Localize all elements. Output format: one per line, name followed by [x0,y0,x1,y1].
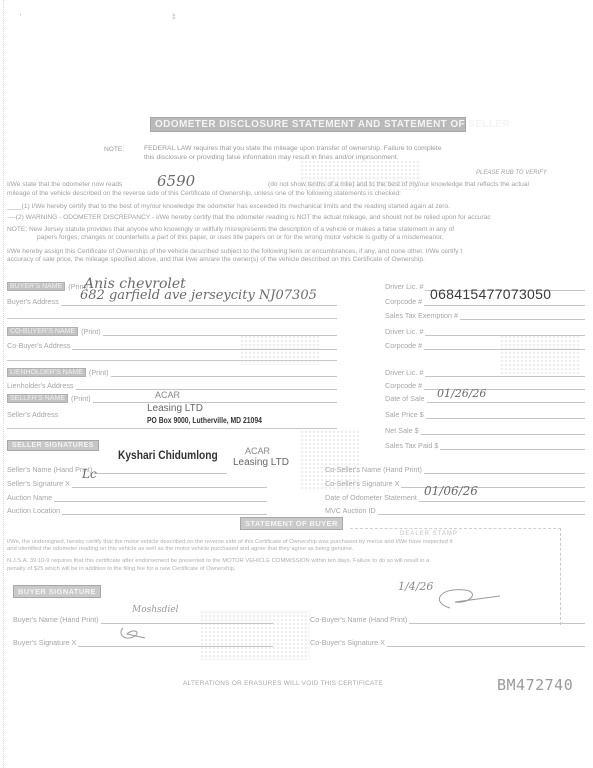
seller-signatures-banner: SELLER SIGNATURES [7,440,99,451]
buyer-corpcode-label: Corpcode # [385,297,422,306]
statement-of-buyer-text-3: N.J.S.A. 39:10-9 requires that this cert… [7,557,429,565]
seller-signature-value[interactable]: Lc [82,467,97,481]
seller-signer-name[interactable]: Kyshari Chidumlong [118,448,218,462]
sales-tax-paid-field[interactable]: Sales Tax Paid $ [385,441,585,450]
alterations-warning: ALTERATIONS OR ERASURES WILL VOID THIS C… [183,680,383,687]
co-buyer-address-line-2[interactable] [7,360,337,361]
buyer-signature-banner: BUYER SIGNATURE [13,585,101,598]
odometer-line-2: mileage of the vehicle described on the … [7,190,401,198]
co-buyer-signature-label: Co-Buyer's Signature X [310,638,385,647]
sale-price-field[interactable]: Sale Price $ [385,410,585,419]
lienholder-address-field[interactable]: Lienholder's Address [7,381,337,390]
lienholder-driver-lic-label: Driver Lic. # [385,368,423,377]
nj-statute-note-2: papers forges, changes or counterfeits a… [37,234,443,242]
lienholder-name-field[interactable]: LIENHOLDER'S NAME (Print) [7,368,337,377]
co-buyer-hand-print-field[interactable]: Co-Buyer's Name (Hand Print) [310,615,585,624]
co-buyer-driver-lic-field[interactable]: Driver Lic. # [385,327,585,336]
assign-text-1: I/We hereby assign this Certificate of O… [7,248,462,256]
scan-edge [3,0,6,768]
buyer-address-line-2[interactable] [7,318,337,319]
lienholder-address-label: Lienholder's Address [7,381,74,390]
odometer-prefix: I/We state that the odometer now reads [7,181,122,189]
seller-address-value[interactable]: PO Box 9000, Lutherville, MD 21094 [147,416,262,425]
auction-location-field[interactable]: Auction Location [7,506,267,515]
seller-hand-print-label: Seller's Name (Hand Print) [7,465,92,474]
sales-tax-exemption-label: Sales Tax Exemption # [385,311,458,320]
seller-sig-stamp-leasing: Leasing LTD [233,457,289,468]
net-sale-field[interactable]: Net Sale $ [385,426,585,435]
sales-tax-paid-label: Sales Tax Paid $ [385,441,438,450]
odometer-statement-date-label: Date of Odometer Statement [325,493,417,502]
mvc-auction-id-label: MVC Auction ID [325,506,376,515]
seller-hand-print-field[interactable]: Seller's Name (Hand Print) [7,465,227,474]
co-seller-signature-label: Co-Seller's Signature X [325,479,399,488]
nj-statute-note-1: NOTE: New Jersey statute provides that a… [7,226,454,234]
seller-address-label: Seller's Address [7,410,58,419]
buyer-signature-label: Buyer's Signature X [13,638,76,647]
lienholder-driver-lic-field[interactable]: Driver Lic. # [385,368,585,377]
lienholder-name-banner: LIENHOLDER'S NAME [7,368,86,377]
buyer-signature-icon [115,624,155,644]
co-buyer-name-banner: CO-BUYER'S NAME [7,327,78,336]
lienholder-corpcode-label: Corpcode # [385,381,422,390]
co-buyer-name-label: (Print) [81,327,101,336]
co-buyer-corpcode-label: Corpcode # [385,341,422,350]
odometer-reading[interactable]: 6590 [157,172,195,190]
lienholder-name-label: (Print) [89,368,109,377]
auction-location-label: Auction Location [7,506,60,515]
co-buyer-address-field[interactable]: Co-Buyer's Address [7,341,337,350]
buyer-driver-lic-label: Driver Lic. # [385,282,423,291]
co-buyer-signature-field[interactable]: Co-Buyer's Signature X [310,638,585,647]
scan-speck: ‡ [172,14,176,21]
seller-stamp-leasing: Leasing LTD [147,403,203,414]
buyer-hand-print-field[interactable]: Buyer's Name (Hand Print) [13,615,273,624]
seller-stamp-acar: ACAR [155,390,180,400]
statement-exceeded-limits[interactable]: ____(1) I/We hereby certify that to the … [7,203,450,211]
seller-signature-field[interactable]: Seller's Signature X [7,479,267,488]
statement-of-buyer-text-4: penalty of $25 which will be in addition… [7,565,235,573]
date-of-sale-label: Date of Sale [385,394,425,403]
buyer-address-label: Buyer's Address [7,297,59,306]
dealer-stamp-title: DEALER STAMP [400,530,458,538]
seller-sig-stamp-acar: ACAR [245,446,270,456]
buyer-name-banner: BUYER'S NAME [7,282,65,291]
date-of-sale-value[interactable]: 01/26/26 [437,387,486,400]
sales-tax-exemption-field[interactable]: Sales Tax Exemption # [385,311,585,320]
scan-speck: ' [20,14,21,21]
co-buyer-address-label: Co-Buyer's Address [7,341,70,350]
auction-name-field[interactable]: Auction Name [7,493,267,502]
statement-of-buyer-text-2: and identified the odometer reading on t… [7,545,353,553]
serial-number: BM472740 [497,676,573,694]
buyer-hand-print-value[interactable]: Moshsdiel [132,605,179,615]
note-label: NOTE: [104,146,124,153]
dealer-signature-icon [420,582,510,612]
auction-name-label: Auction Name [7,493,52,502]
co-seller-name-label: Co-Seller's Name (Hand Print) [325,465,422,474]
co-buyer-corpcode-field[interactable]: Corpcode # [385,341,585,350]
federal-law-note: FEDERAL LAW requires that you state the … [144,145,444,162]
buyer-address-value[interactable]: 682 garfield ave jerseycity NJ07305 [80,288,317,303]
please-rub-note: PLEASE RUB TO VERIFY [476,170,547,176]
statement-odometer-discrepancy[interactable]: ----(2) WARNING - ODOMETER DISCREPANCY -… [7,214,491,222]
statement-of-buyer-banner: STATEMENT OF BUYER [240,517,343,530]
seller-signature-label: Seller's Signature X [7,479,70,488]
assign-text-2: accuracy of sale price, the mileage spec… [7,256,425,264]
odometer-suffix: (do not show tenths of a mile) and to th… [268,181,529,189]
seller-address-line-2[interactable] [7,428,337,429]
document-title-banner: ODOMETER DISCLOSURE STATEMENT AND STATEM… [150,117,466,132]
buyer-hand-print-label: Buyer's Name (Hand Print) [13,615,99,624]
mvc-auction-id-field[interactable]: MVC Auction ID [325,506,585,515]
buyer-corpcode-value[interactable]: 068415477073050 [430,286,551,302]
co-buyer-name-field[interactable]: CO-BUYER'S NAME (Print) [7,327,337,336]
co-buyer-hand-print-label: Co-Buyer's Name (Hand Print) [310,615,407,624]
co-buyer-driver-lic-label: Driver Lic. # [385,327,423,336]
seller-name-banner: SELLER'S NAME [7,394,68,403]
sale-price-label: Sale Price $ [385,410,424,419]
odometer-statement-date-value[interactable]: 01/06/26 [424,484,478,498]
co-seller-name-field[interactable]: Co-Seller's Name (Hand Print) [325,465,585,474]
seller-name-label: (Print) [71,394,91,403]
net-sale-label: Net Sale $ [385,426,419,435]
